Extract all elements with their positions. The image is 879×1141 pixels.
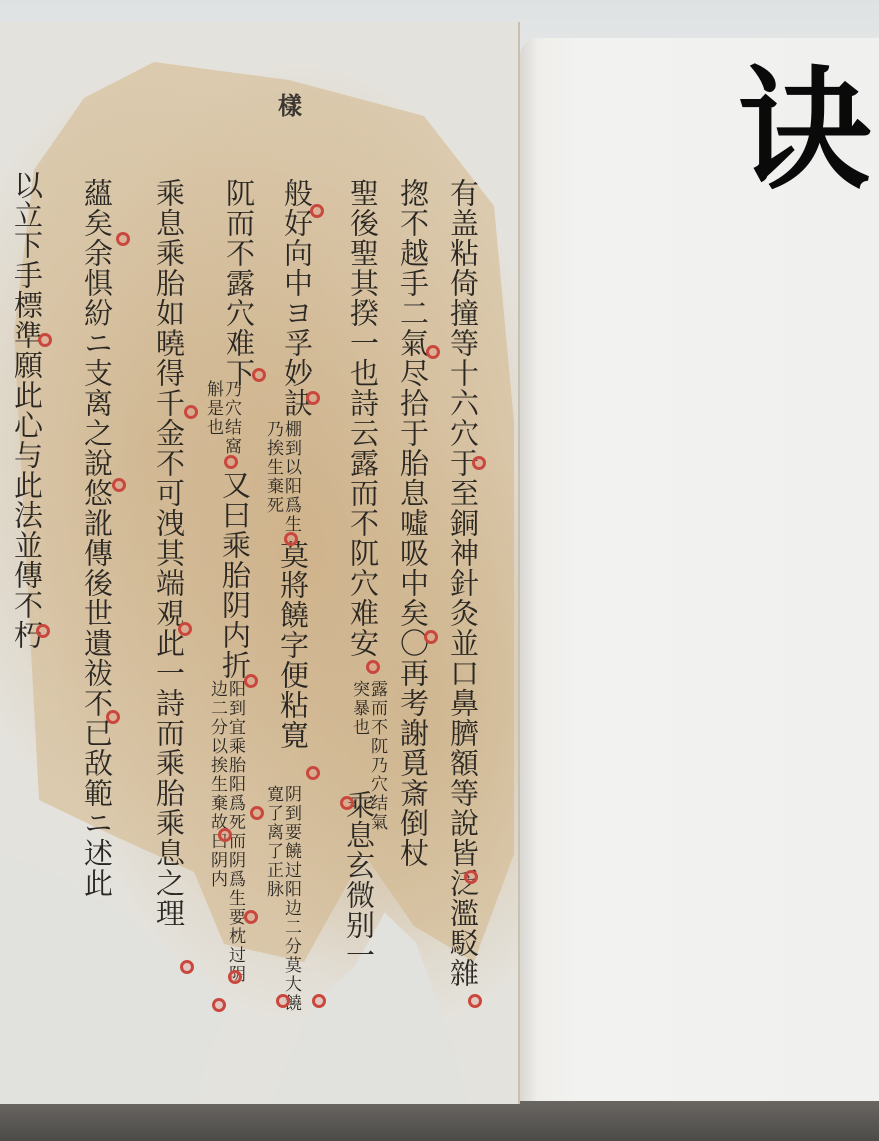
red-punctuation-mark bbox=[244, 674, 258, 688]
red-punctuation-mark bbox=[306, 766, 320, 780]
red-punctuation-mark bbox=[178, 622, 192, 636]
red-punctuation-mark bbox=[218, 828, 232, 842]
manuscript-header: 樣 bbox=[278, 86, 302, 121]
red-punctuation-mark bbox=[38, 333, 52, 347]
red-punctuation-mark bbox=[366, 660, 380, 674]
red-punctuation-mark bbox=[106, 710, 120, 724]
red-punctuation-mark bbox=[306, 391, 320, 405]
calligraphy-title: 峦头砂法堪舆秘诀 bbox=[718, 60, 879, 1141]
red-punctuation-mark bbox=[284, 532, 298, 546]
text-column-2: 揔不越手二氣尽拾于胎息噓吸中矣〇再考謝覓斎倒杖 bbox=[396, 178, 430, 938]
red-punctuation-mark bbox=[180, 960, 194, 974]
text-column-6: 乘息乘胎如曉得千金不可洩其端覌此一詩而乘胎乘息之理 bbox=[152, 178, 186, 978]
red-punctuation-mark bbox=[340, 796, 354, 810]
red-punctuation-mark bbox=[312, 994, 326, 1008]
text-column-7: 蘊矣余惧紛ニ支离之說悠訛傳後世遺祓不已敌範ニ述此 bbox=[80, 178, 114, 898]
red-punctuation-mark bbox=[212, 998, 226, 1012]
text-column-3: 聖後聖其揆一也詩云露而不阢穴难安 bbox=[346, 178, 380, 678]
red-punctuation-mark bbox=[184, 405, 198, 419]
red-punctuation-mark bbox=[276, 994, 290, 1008]
text-column-4-cont: 莫將饒字便粘寛 bbox=[276, 540, 310, 780]
red-punctuation-mark bbox=[244, 910, 258, 924]
text-column-5-note: 乃穴结窩斛是也 bbox=[200, 380, 240, 460]
red-punctuation-mark bbox=[224, 455, 238, 469]
text-column-5-cont: 又曰乘胎阴内折 bbox=[218, 470, 252, 690]
text-column-8: 以立下手標準願此心与此法並傳不朽 bbox=[10, 170, 44, 650]
red-punctuation-mark bbox=[472, 456, 486, 470]
red-punctuation-mark bbox=[228, 970, 242, 984]
red-punctuation-mark bbox=[112, 478, 126, 492]
text-column-3-cont: 乘息玄微别一 bbox=[342, 790, 376, 1010]
red-punctuation-mark bbox=[468, 994, 482, 1008]
text-column-1: 有盖粘倚撞等十六穴于至銅神針灸並口鼻臍額等說皆泛濫駁雜 bbox=[446, 178, 480, 1018]
red-punctuation-mark bbox=[252, 368, 266, 382]
red-punctuation-mark bbox=[36, 624, 50, 638]
red-punctuation-mark bbox=[424, 630, 438, 644]
red-punctuation-mark bbox=[426, 345, 440, 359]
red-punctuation-mark bbox=[310, 204, 324, 218]
red-punctuation-mark bbox=[464, 870, 478, 884]
text-column-4-note: 棚到以阳爲生乃挨生棄死 bbox=[260, 420, 300, 550]
red-punctuation-mark bbox=[116, 232, 130, 246]
red-punctuation-mark bbox=[250, 806, 264, 820]
text-column-4-note2: 阴到要饒过阳边二分莫大饒寛了离了正脉 bbox=[256, 785, 300, 1015]
